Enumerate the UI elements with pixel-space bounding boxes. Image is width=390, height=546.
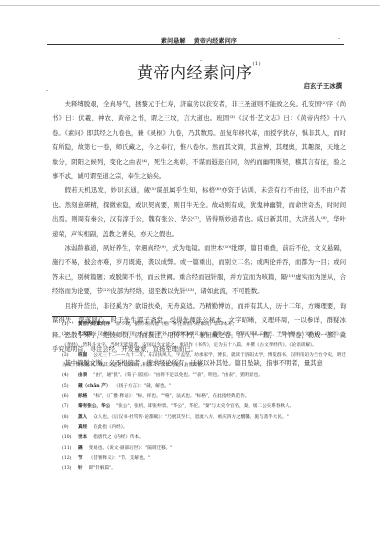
document-page: 素问悬解黄帝内经素问序 黄帝内经素问序(1) 启玄子王冰撰 夫释缚脱艰，全真导气… — [52, 0, 346, 546]
scan-speck — [200, 60, 202, 61]
footnote: (5)蒇（chǎn 产）《扬子方言》："蒇，解也。" — [62, 382, 346, 392]
footnote: (8)蒸人众人也。《后汉书·杜笃传·论都赋》："乃展其至仁，恩流八方，被庆四方之… — [62, 413, 346, 423]
scan-speck — [46, 90, 48, 91]
scan-speck — [338, 38, 340, 39]
footnote: (13)针即"针解篇"。 — [62, 464, 346, 474]
paragraph: 假若天机迅发，妙识玄通，蒇⁽⁵⁾谋虽属乎生知，标格⁽⁶⁾亦资于诂训，未尝有行不由… — [52, 184, 346, 242]
footnote: (2)孔安国汉曲阜人，字子国，孔子十二世孙。武帝时为谏议大夫，临淮太守。鲁恭王坏… — [62, 330, 346, 351]
footnote: (1)黄帝内经素问序原不载，据明·顾从德《重广补注黄帝内经素问》影印本补。 — [62, 320, 346, 330]
footnote: (9)真经在此指《内经》。 — [62, 423, 346, 433]
title-note-ref: (1) — [252, 61, 261, 67]
footnote: (12)节《昔署释义》："节，支解也。" — [62, 454, 346, 464]
footnotes: (1)黄帝内经素问序原不载，据明·顾从德《重广补注黄帝内经素问》影印本补。 (2… — [62, 320, 346, 474]
footnote: (11)隔变易也。《说文·颜部后世》："隔谓迁移。" — [62, 444, 346, 454]
footnote: (3)班固公元三十二——九十二年。东汉扶风人，字孟坚，幼承家学，博长，就读于洛阳… — [62, 351, 346, 372]
title-text: 黄帝内经素问序 — [137, 63, 253, 82]
footnote: (6)标格"标"，《广雅·释诂》："标，样也。""格"，法式也。"标格"，在此指… — [62, 392, 346, 402]
paragraph: 夫释缚脱艰，全真导气，拯黎元于仁寿，济羸劣以获安者，非三圣道则不能致之矣。孔安国… — [52, 98, 346, 184]
footnote: (10)世本指唐代之《内经》传本。 — [62, 433, 346, 443]
author-line: 启玄子王冰撰 — [304, 81, 342, 90]
footnote: (7)秦有张公，华公"张公"，张机，即张仲景。"华公"，华佗。"秦"与太史令官名… — [62, 402, 346, 412]
footnote-rule — [52, 316, 116, 317]
page-title: 黄帝内经素问序(1) — [52, 60, 346, 83]
footnote: (4)由表"由"，通"犹"。《荀子·富国》："由将不足以免也。""表"，明也。"… — [62, 371, 346, 381]
header-rule — [47, 44, 344, 45]
paragraph: 冰弱龄慕道，夙好养生，幸遇真经⁽⁹⁾，式为龟镜。而世本⁽¹⁰⁾纰缪，篇目重叠，前… — [52, 242, 346, 300]
